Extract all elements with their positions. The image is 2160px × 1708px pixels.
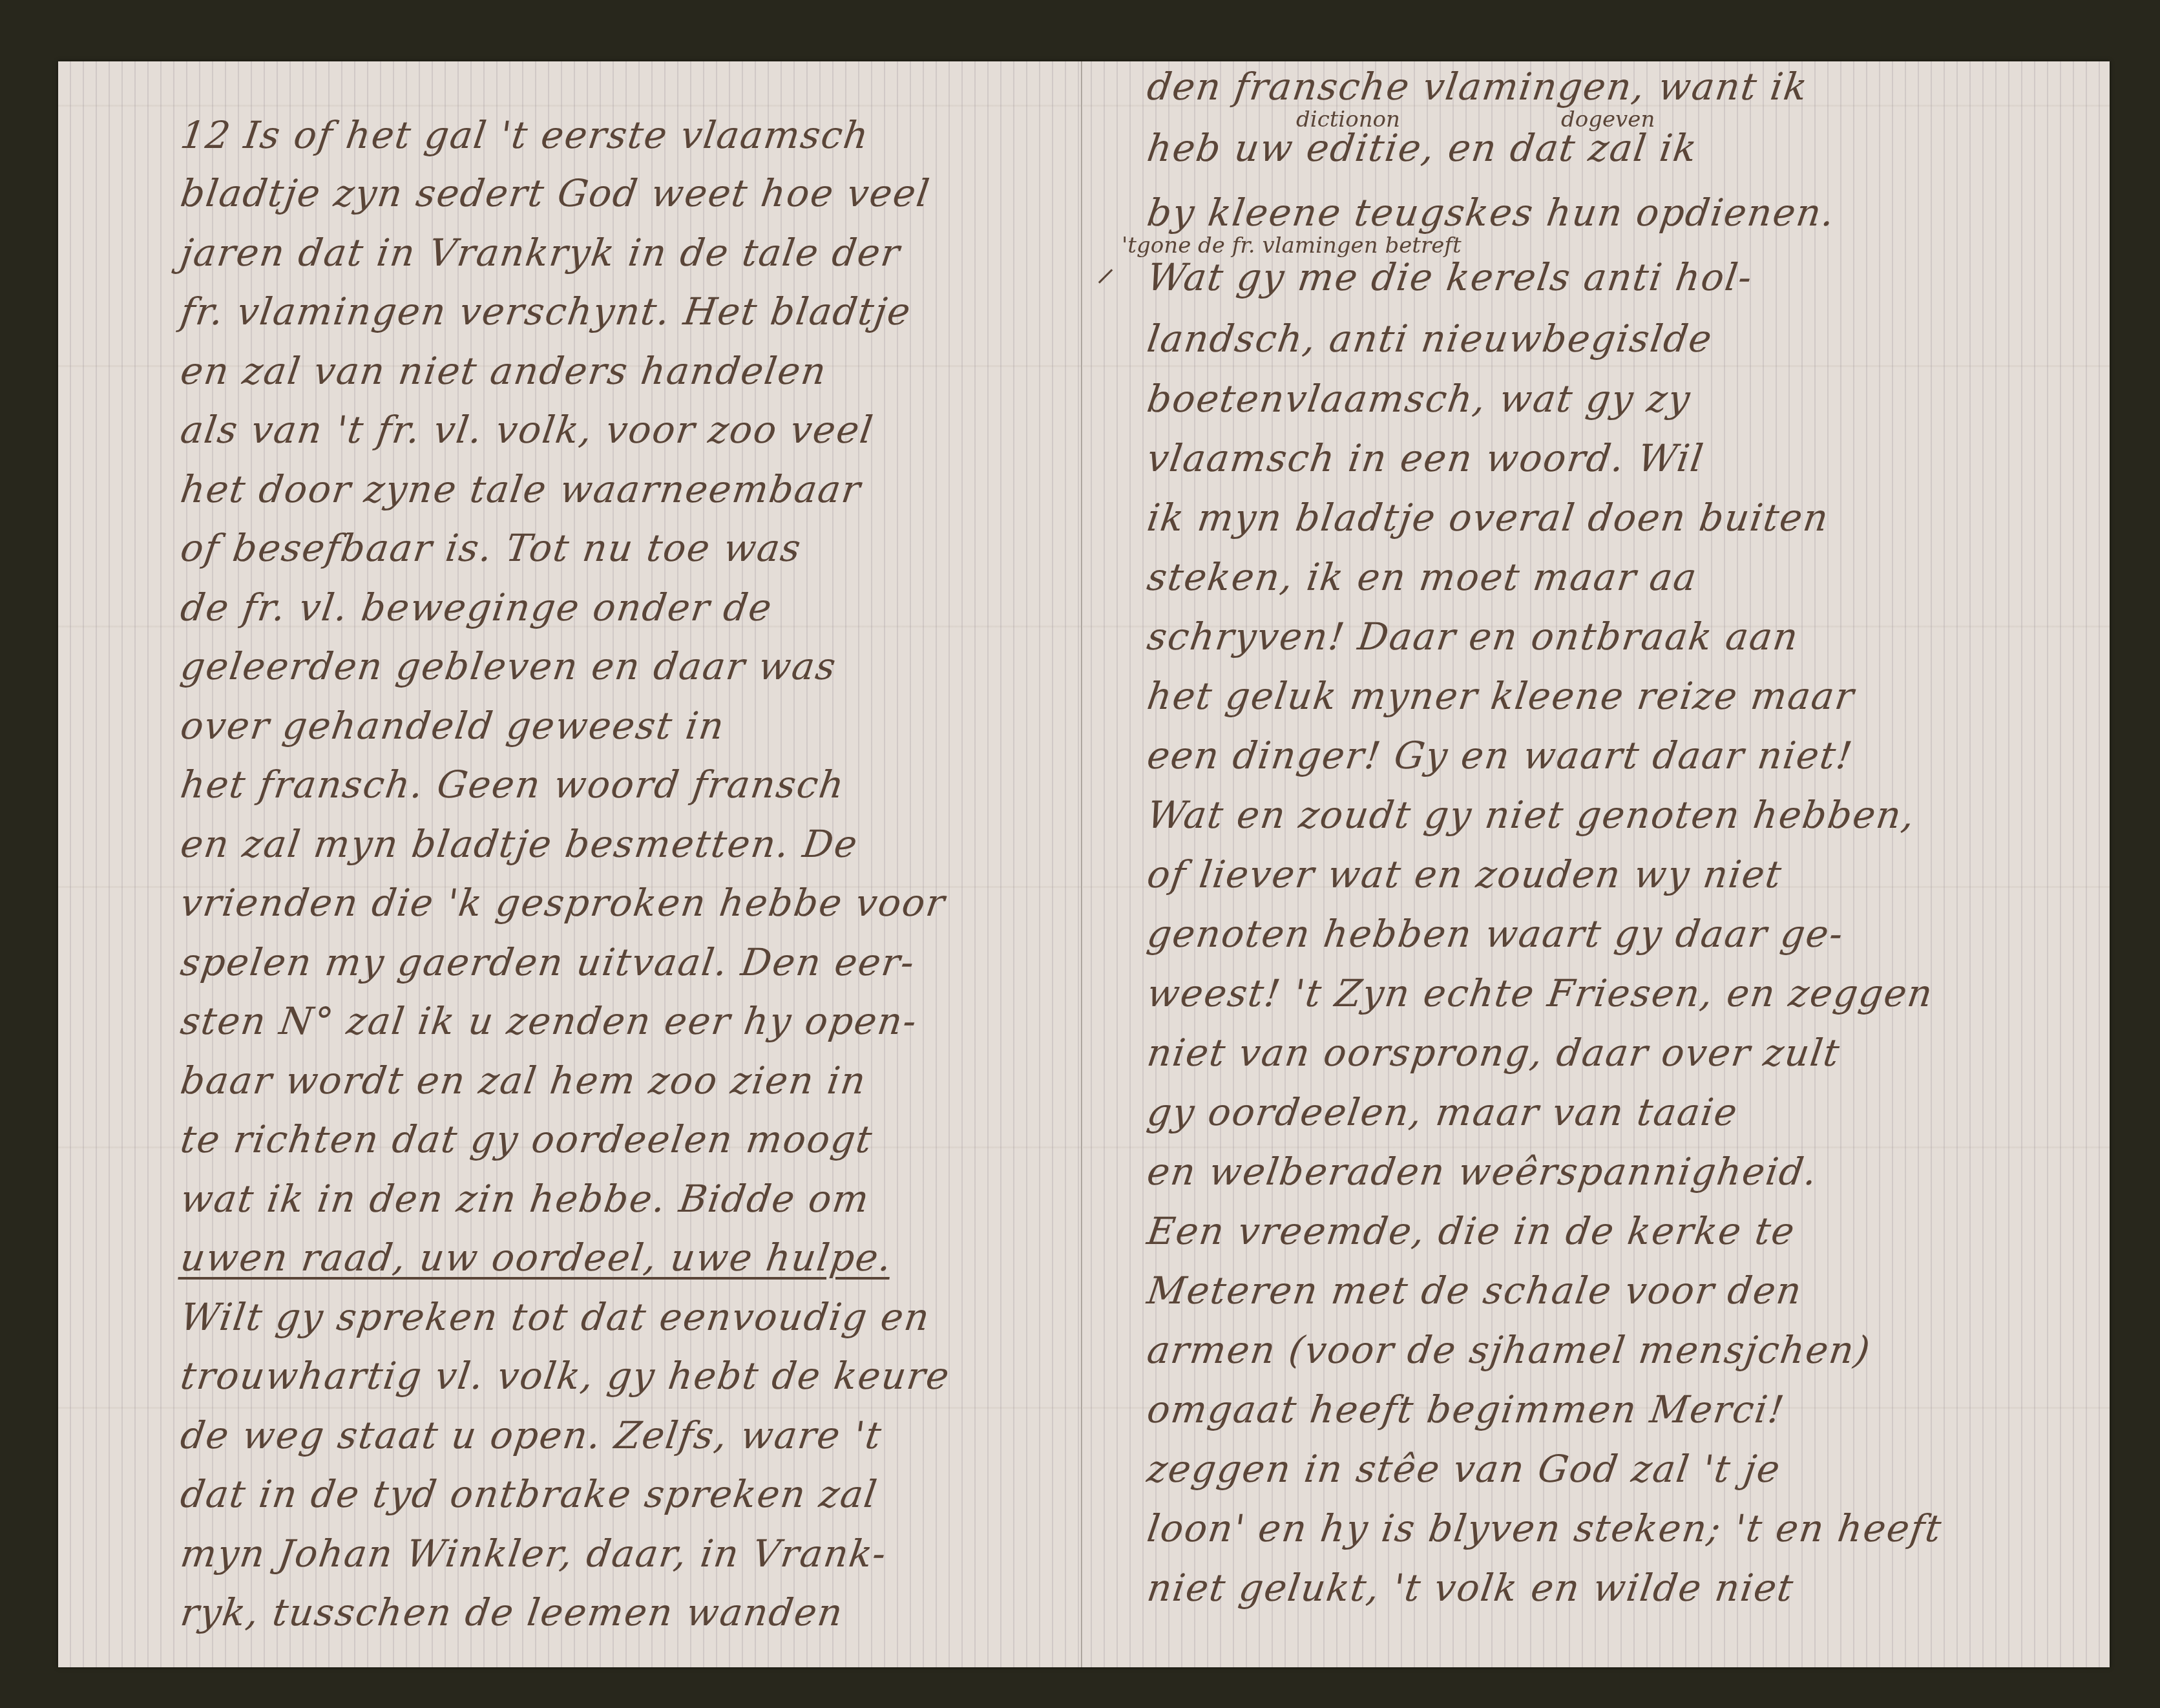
right-line-17: niet van oorsprong, daar over zult	[1144, 1031, 1843, 1075]
right-line-7: vlaamsch in een woord. Wil	[1144, 436, 1707, 480]
letter-sheet: 12 Is of het gal 't eerste vlaamsch blad…	[58, 61, 2110, 1667]
left-line-6: als van 't fr. vl. volk, voor zoo veel	[178, 408, 876, 452]
right-line-16: weest! 't Zyn echte Friesen, en zeggen	[1144, 971, 1936, 1015]
left-line-13: en zal myn bladtje besmetten. De	[178, 822, 861, 866]
interlinear-insertion-3: 'tgone de fr. vlamingen betreft	[1122, 233, 1462, 258]
left-line-3: jaren dat in Vrankryk in de tale der	[178, 231, 903, 275]
right-line-23: omgaat heeft begimmen Merci!	[1144, 1387, 1788, 1431]
insertion-caret-icon: ⸍	[1096, 255, 1115, 308]
right-line-11: het geluk myner kleene reize maar	[1144, 674, 1858, 718]
right-line-3: by kleene teugskes hun opdienen.	[1144, 191, 1838, 235]
left-line-2: bladtje zyn sedert God weet hoe veel	[178, 171, 933, 215]
right-line-20: Een vreemde, die in de kerke te	[1144, 1209, 1798, 1253]
right-line-10: schryven! Daar en ontbraak aan	[1144, 615, 1801, 659]
right-line-8: ik myn bladtje overal doen buiten	[1144, 496, 1832, 540]
right-line-2: heb uw editie, en dat zal ik	[1144, 126, 1701, 170]
left-line-16: sten N° zal ik u zenden eer hy open-	[178, 999, 920, 1043]
left-line-9: de fr. vl. beweginge onder de	[178, 585, 775, 629]
right-page: den fransche vlamingen, want ik dictiono…	[1083, 61, 2110, 1667]
left-line-4: fr. vlamingen verschynt. Het bladtje	[178, 290, 914, 333]
left-line-19: wat ik in den zin hebbe. Bidde om	[178, 1177, 872, 1221]
left-line-25: myn Johan Winkler, daar, in Vrank-	[178, 1532, 890, 1576]
left-line-15: spelen my gaerden uitvaal. Den eer-	[178, 940, 918, 984]
left-line-20-underlined: uwen raad, uw oordeel, uwe hulpe.	[178, 1236, 896, 1280]
left-line-23: de weg staat u open. Zelfs, ware 't	[178, 1413, 885, 1457]
left-line-12: het fransch. Geen woord fransch	[178, 763, 848, 807]
right-line-4: Wat gy me die kerels anti hol-	[1144, 255, 1756, 299]
left-line-14: vrienden die 'k gesproken hebbe voor	[178, 881, 949, 925]
right-line-15: genoten hebben waart gy daar ge-	[1144, 912, 1847, 956]
left-line-22: trouwhartig vl. volk, gy hebt de keure	[178, 1354, 953, 1398]
left-line-8: of besefbaar is. Tot nu toe was	[178, 526, 804, 570]
right-line-25: loon' en hy is blyven steken; 't en heef…	[1144, 1506, 1945, 1550]
left-line-11: over gehandeld geweest in	[178, 704, 728, 748]
right-line-26: niet gelukt, 't volk en wilde niet	[1144, 1566, 1797, 1610]
left-line-7: het door zyne tale waarneembaar	[178, 467, 864, 511]
right-line-1: den fransche vlamingen, want ik	[1144, 65, 1811, 109]
left-line-17: baar wordt en zal hem zoo zien in	[178, 1059, 869, 1102]
right-line-5: landsch, anti nieuwbegislde	[1144, 317, 1715, 361]
right-line-13: Wat en zoudt gy niet genoten hebben,	[1144, 793, 1918, 837]
left-page: 12 Is of het gal 't eerste vlaamsch blad…	[58, 61, 1081, 1667]
left-line-18: te richten dat gy oordeelen moogt	[178, 1117, 876, 1161]
left-line-5: en zal van niet anders handelen	[178, 349, 830, 393]
right-line-6: boetenvlaamsch, wat gy zy	[1144, 377, 1693, 421]
right-line-19: en welberaden weêrspannigheid.	[1144, 1150, 1821, 1194]
right-line-12: een dinger! Gy en waart daar niet!	[1144, 733, 1856, 777]
right-line-9: steken, ik en moet maar aa	[1144, 555, 1700, 599]
right-line-24: zeggen in stêe van God zal 't je	[1144, 1447, 1783, 1491]
left-line-1: 12 Is of het gal 't eerste vlaamsch	[178, 113, 872, 157]
right-line-14: of liever wat en zouden wy niet	[1144, 852, 1785, 896]
left-line-10: geleerden gebleven en daar was	[178, 644, 839, 688]
left-line-26: ryk, tusschen de leemen wanden	[178, 1590, 846, 1634]
right-line-21: Meteren met de schale voor den	[1144, 1269, 1805, 1313]
right-line-22: armen (voor de sjhamel mensjchen)	[1144, 1328, 1874, 1372]
left-line-24: dat in de tyd ontbrake spreken zal	[178, 1472, 881, 1516]
left-line-21: Wilt gy spreken tot dat eenvoudig en	[178, 1295, 933, 1339]
right-line-18: gy oordeelen, maar van taaie	[1144, 1090, 1741, 1134]
